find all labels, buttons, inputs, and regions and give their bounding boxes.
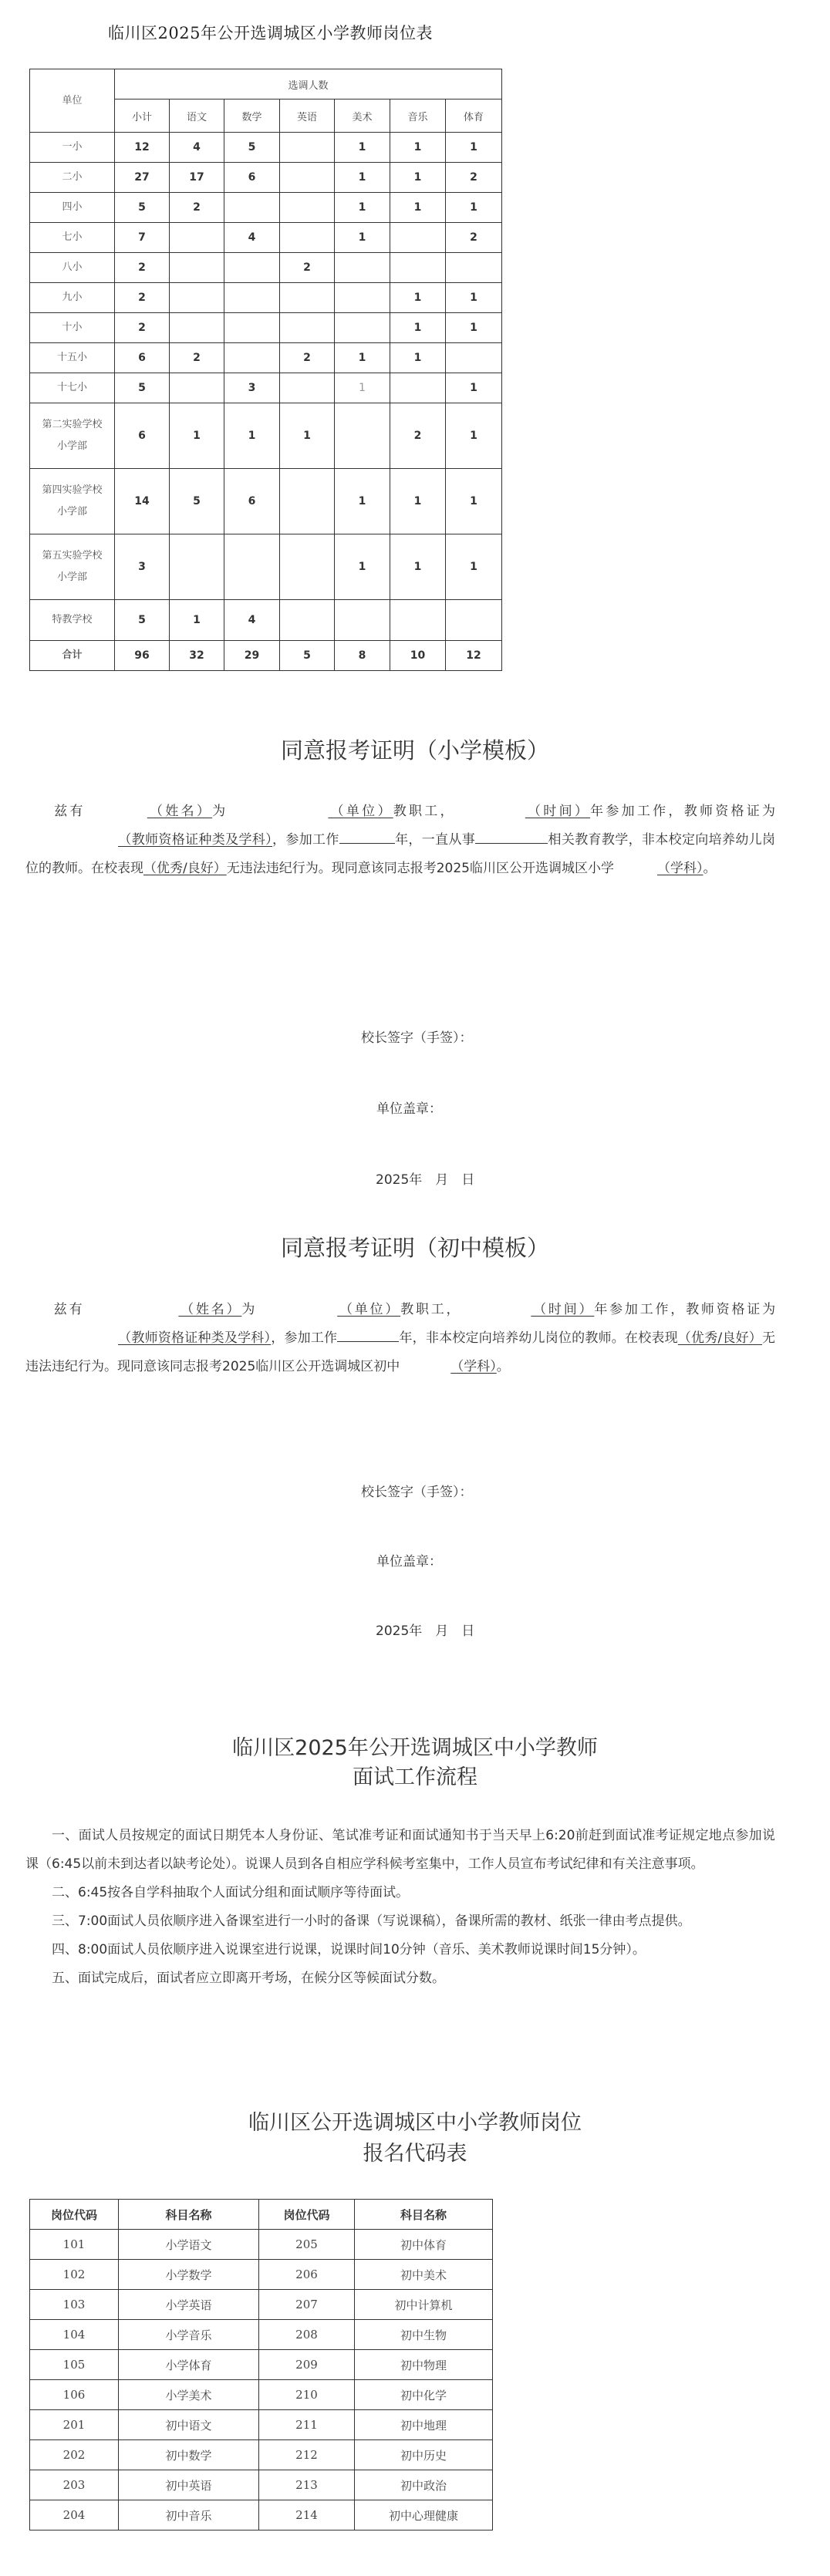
count-cell: 2 [115, 313, 170, 343]
count-cell: 2 [280, 343, 335, 373]
text: 年参加工作，教师资格证为 [590, 804, 775, 819]
count-cell [224, 253, 280, 283]
text: 。 [497, 1359, 510, 1374]
count-cell [280, 163, 335, 193]
table-row: 102小学数学206初中美术 [30, 2260, 493, 2290]
principal-signature-label: 校长签字（手签）： [361, 1481, 473, 1500]
unit-name-line: 小学部 [30, 501, 114, 523]
unit-cell: 二小 [30, 163, 115, 193]
time-field[interactable]: （时间） [461, 1302, 594, 1317]
unit-cell: 八小 [30, 253, 115, 283]
count-cell: 1 [446, 403, 502, 469]
table-row: 106小学美术210初中化学 [30, 2380, 493, 2410]
count-cell [390, 600, 446, 641]
count-cell: 1 [446, 373, 502, 403]
total-cell: 5 [280, 641, 335, 671]
table-row: 204初中音乐214初中心理健康 [30, 2500, 493, 2530]
subject-field[interactable]: （学科） [400, 1359, 497, 1374]
count-cell: 1 [280, 403, 335, 469]
total-cell: 10 [390, 641, 446, 671]
position-code-cell: 206 [259, 2260, 355, 2290]
unit-cell: 七小 [30, 223, 115, 253]
column-header: 英语 [280, 99, 335, 133]
principal-signature-label: 校长签字（手签）： [361, 1027, 473, 1046]
consent-middle-heading: 同意报考证明（初中模板） [0, 1231, 830, 1263]
count-cell: 5 [115, 193, 170, 223]
position-code-cell: 105 [30, 2350, 119, 2380]
text: 无违法违纪行为。现同意该同志报考2025临川区公开选调城区小学 [227, 861, 614, 876]
table-row: 十五小62211 [30, 343, 502, 373]
text: 年，非本校定向培养幼儿岗位的教师。在校表现 [399, 1330, 678, 1346]
table-row: 四小52111 [30, 193, 502, 223]
flow-step: 五、面试完成后，面试者应立即离开考场，在候分区等候面试分数。 [25, 1964, 775, 1993]
column-header: 语文 [170, 99, 224, 133]
total-cell: 32 [170, 641, 224, 671]
cert-field[interactable]: （教师资格证种类及学科） [25, 832, 272, 848]
unit-cell: 四小 [30, 193, 115, 223]
performance-field[interactable]: （优秀/良好） [143, 861, 227, 876]
unit-name-line: 小学部 [30, 436, 114, 457]
count-cell: 6 [115, 403, 170, 469]
count-cell [335, 253, 390, 283]
subject-name-cell: 初中历史 [355, 2440, 493, 2470]
position-code-cell: 203 [30, 2470, 119, 2500]
count-cell: 1 [446, 313, 502, 343]
total-cell: 29 [224, 641, 280, 671]
position-code-cell: 103 [30, 2290, 119, 2320]
count-cell [280, 373, 335, 403]
table-row: 202初中数学212初中历史 [30, 2440, 493, 2470]
count-cell: 2 [446, 163, 502, 193]
heading-line: 临川区公开选调城区中小学教师岗位 [0, 2108, 830, 2139]
position-code-cell: 102 [30, 2260, 119, 2290]
count-cell: 6 [224, 163, 280, 193]
table-row: 七小7412 [30, 223, 502, 253]
count-cell: 5 [115, 373, 170, 403]
text: ，参加工作 [272, 832, 339, 848]
position-code-cell: 101 [30, 2230, 119, 2260]
table-row: 九小211 [30, 283, 502, 313]
text: 年，一直从事 [395, 832, 475, 848]
count-cell [224, 193, 280, 223]
count-cell: 1 [335, 223, 390, 253]
unit-name-line: 第二实验学校 [30, 414, 114, 436]
count-cell: 2 [115, 253, 170, 283]
total-cell: 8 [335, 641, 390, 671]
column-header: 美术 [335, 99, 390, 133]
position-code-cell: 207 [259, 2290, 355, 2320]
count-cell [224, 283, 280, 313]
table-row: 103小学英语207初中计算机 [30, 2290, 493, 2320]
subject-name-cell: 初中英语 [119, 2470, 259, 2500]
code-table-heading: 临川区公开选调城区中小学教师岗位 报名代码表 [0, 2108, 830, 2170]
count-cell: 2 [280, 253, 335, 283]
count-cell: 2 [115, 283, 170, 313]
table-row: 十小211 [30, 313, 502, 343]
count-cell: 5 [224, 133, 280, 163]
text: 兹有 [52, 1302, 84, 1317]
column-header: 音乐 [390, 99, 446, 133]
unit-cell: 特教学校 [30, 600, 115, 641]
column-header: 岗位代码 [30, 2200, 119, 2230]
column-header: 体育 [446, 99, 502, 133]
count-cell [280, 283, 335, 313]
count-cell: 3 [115, 534, 170, 600]
table-row: 203初中英语213初中政治 [30, 2470, 493, 2500]
count-cell [170, 534, 224, 600]
count-cell: 1 [224, 403, 280, 469]
column-header: 数学 [224, 99, 280, 133]
count-cell: 2 [390, 403, 446, 469]
date-label: 2025年 月 日 [376, 1620, 474, 1639]
count-cell: 1 [390, 313, 446, 343]
count-cell: 27 [115, 163, 170, 193]
position-code-cell: 210 [259, 2380, 355, 2410]
unit-cell: 九小 [30, 283, 115, 313]
count-cell [280, 193, 335, 223]
flow-step: 二、6:45按各自学科抽取个人面试分组和面试顺序等待面试。 [25, 1879, 775, 1907]
count-cell [170, 313, 224, 343]
heading-line: 临川区2025年公开选调城区中小学教师 [0, 1734, 830, 1763]
text: 为 [241, 1302, 257, 1317]
count-cell [390, 373, 446, 403]
years-field[interactable] [339, 829, 395, 844]
subject-name-cell: 小学音乐 [119, 2320, 259, 2350]
unit-seal-label: 单位盖章： [376, 1550, 442, 1570]
unit-cell: 十小 [30, 313, 115, 343]
time-field[interactable]: （时间） [456, 804, 590, 819]
flow-step: 一、面试人员按规定的面试日期凭本人身份证、笔试准考证和面试通知书于当天早上6:2… [25, 1822, 775, 1879]
count-cell [170, 223, 224, 253]
count-cell: 6 [224, 469, 280, 534]
count-cell: 3 [224, 373, 280, 403]
position-code-cell: 106 [30, 2380, 119, 2410]
count-cell: 12 [115, 133, 170, 163]
count-cell: 1 [335, 163, 390, 193]
count-cell [170, 373, 224, 403]
count-cell: 17 [170, 163, 224, 193]
subject-name-cell: 初中体育 [355, 2230, 493, 2260]
unit-name-line: 第五实验学校 [30, 545, 114, 567]
count-cell: 1 [170, 600, 224, 641]
years-field[interactable] [337, 1327, 399, 1342]
text: 教职工， [393, 804, 456, 819]
count-cell [335, 403, 390, 469]
table-row: 二小27176112 [30, 163, 502, 193]
subject-name-cell: 初中美术 [355, 2260, 493, 2290]
count-cell: 4 [224, 600, 280, 641]
count-cell [446, 253, 502, 283]
consent-primary-paragraph: 兹有（姓名）为（单位）教职工，（时间）年参加工作，教师资格证为（教师资格证种类及… [25, 797, 775, 883]
subject-name-cell: 小学语文 [119, 2230, 259, 2260]
position-code-cell: 209 [259, 2350, 355, 2380]
total-cell: 12 [446, 641, 502, 671]
count-cell: 1 [390, 133, 446, 163]
column-header: 科目名称 [355, 2200, 493, 2230]
position-code-cell: 104 [30, 2320, 119, 2350]
count-cell [335, 313, 390, 343]
count-cell: 2 [170, 343, 224, 373]
text: 为 [212, 804, 228, 819]
count-cell [390, 253, 446, 283]
table-row: 105小学体育209初中物理 [30, 2350, 493, 2380]
count-cell: 1 [170, 403, 224, 469]
count-cell [280, 534, 335, 600]
total-row: 合计963229581012 [30, 641, 502, 671]
table-row: 第五实验学校小学部3111 [30, 534, 502, 600]
count-cell: 1 [335, 534, 390, 600]
count-cell: 6 [115, 343, 170, 373]
count-cell: 1 [390, 283, 446, 313]
unit-seal-label: 单位盖章： [376, 1097, 442, 1117]
text: 。 [703, 861, 717, 876]
unit-field[interactable]: （单位） [228, 804, 393, 819]
performance-field[interactable]: （优秀/良好） [678, 1330, 762, 1346]
count-cell [446, 343, 502, 373]
position-code-cell: 214 [259, 2500, 355, 2530]
count-cell: 2 [170, 193, 224, 223]
subject-name-cell: 小学英语 [119, 2290, 259, 2320]
position-code-cell: 213 [259, 2470, 355, 2500]
position-code-cell: 208 [259, 2320, 355, 2350]
group-header: 选调人数 [115, 69, 502, 99]
position-code-cell: 211 [259, 2410, 355, 2440]
count-cell: 4 [170, 133, 224, 163]
count-cell: 1 [390, 469, 446, 534]
count-cell: 4 [224, 223, 280, 253]
total-label: 合计 [30, 641, 115, 671]
count-cell [224, 534, 280, 600]
count-cell: 1 [390, 534, 446, 600]
count-cell: 1 [390, 193, 446, 223]
unit-cell: 第四实验学校小学部 [30, 469, 115, 534]
table-row: 特教学校514 [30, 600, 502, 641]
consent-primary-heading: 同意报考证明（小学模板） [0, 733, 830, 765]
count-cell: 1 [446, 193, 502, 223]
consent-middle-paragraph: 兹有（姓名）为（单位）教职工，（时间）年参加工作，教师资格证为（教师资格证种类及… [25, 1296, 775, 1381]
subject-name-cell: 初中物理 [355, 2350, 493, 2380]
unit-cell: 第五实验学校小学部 [30, 534, 115, 600]
count-cell: 5 [170, 469, 224, 534]
subject-name-cell: 初中数学 [119, 2440, 259, 2470]
subject-name-cell: 初中生物 [355, 2320, 493, 2350]
flow-step: 四、8:00面试人员依顺序进入说课室进行说课，说课时间10分钟（音乐、美术教师说… [25, 1936, 775, 1964]
position-code-cell: 204 [30, 2500, 119, 2530]
count-cell [224, 343, 280, 373]
unit-cell: 十七小 [30, 373, 115, 403]
subject-name-cell: 小学美术 [119, 2380, 259, 2410]
count-cell [170, 283, 224, 313]
subject-name-cell: 初中语文 [119, 2410, 259, 2440]
unit-cell: 十五小 [30, 343, 115, 373]
name-field[interactable]: （姓名） [86, 804, 212, 819]
staff-table: 单位 选调人数 小计 语文 数学 英语 美术 音乐 体育 一小1245111二小… [29, 69, 502, 671]
code-table: 岗位代码 科目名称 岗位代码 科目名称 101小学语文205初中体育102小学数… [29, 2199, 493, 2530]
count-cell: 1 [446, 283, 502, 313]
code-table-header-row: 岗位代码 科目名称 岗位代码 科目名称 [30, 2200, 493, 2230]
table-row: 十七小5311 [30, 373, 502, 403]
date-label: 2025年 月 日 [376, 1168, 474, 1188]
position-code-cell: 205 [259, 2230, 355, 2260]
table-row: 201初中语文211初中地理 [30, 2410, 493, 2440]
count-cell [335, 600, 390, 641]
subject-name-cell: 初中地理 [355, 2410, 493, 2440]
total-cell: 96 [115, 641, 170, 671]
table-row: 101小学语文205初中体育 [30, 2230, 493, 2260]
heading-line: 面试工作流程 [0, 1763, 830, 1792]
table-row: 第二实验学校小学部611121 [30, 403, 502, 469]
unit-header: 单位 [30, 69, 115, 133]
field-field[interactable] [475, 829, 548, 844]
unit-cell: 一小 [30, 133, 115, 163]
count-cell: 1 [335, 343, 390, 373]
table-row: 八小22 [30, 253, 502, 283]
count-cell [280, 223, 335, 253]
text: 年参加工作，教师资格证为 [594, 1302, 775, 1317]
table-row: 104小学音乐208初中生物 [30, 2320, 493, 2350]
position-code-cell: 201 [30, 2410, 119, 2440]
count-cell [335, 283, 390, 313]
count-cell: 1 [335, 373, 390, 403]
subject-name-cell: 初中化学 [355, 2380, 493, 2410]
count-cell: 1 [446, 133, 502, 163]
position-code-cell: 212 [259, 2440, 355, 2470]
unit-field[interactable]: （单位） [257, 1302, 400, 1317]
position-code-cell: 202 [30, 2440, 119, 2470]
count-cell [280, 469, 335, 534]
count-cell: 1 [446, 534, 502, 600]
count-cell: 1 [335, 469, 390, 534]
subject-name-cell: 初中计算机 [355, 2290, 493, 2320]
count-cell [390, 223, 446, 253]
table-row: 一小1245111 [30, 133, 502, 163]
staff-table-title: 临川区2025年公开选调城区小学教师岗位表 [108, 21, 433, 44]
unit-cell: 第二实验学校小学部 [30, 403, 115, 469]
count-cell: 2 [446, 223, 502, 253]
count-cell [170, 253, 224, 283]
text: ，参加工作 [271, 1330, 337, 1346]
text: 教职工， [400, 1302, 461, 1317]
unit-name-line: 第四实验学校 [30, 480, 114, 501]
count-cell: 14 [115, 469, 170, 534]
column-header: 岗位代码 [259, 2200, 355, 2230]
table-row: 第四实验学校小学部1456111 [30, 469, 502, 534]
count-cell [224, 313, 280, 343]
count-cell [280, 313, 335, 343]
count-cell: 1 [335, 133, 390, 163]
flow-step: 三、7:00面试人员依顺序进入备课室进行一小时的备课（写说课稿），备课所需的教材… [25, 1907, 775, 1936]
column-header: 科目名称 [119, 2200, 259, 2230]
unit-name-line: 小学部 [30, 567, 114, 588]
interview-flow-steps: 一、面试人员按规定的面试日期凭本人身份证、笔试准考证和面试通知书于当天早上6:2… [25, 1822, 775, 1993]
count-cell [280, 133, 335, 163]
table-header-row: 单位 选调人数 [30, 69, 502, 99]
cert-field[interactable]: （教师资格证种类及学科） [25, 1330, 271, 1346]
subject-name-cell: 初中心理健康 [355, 2500, 493, 2530]
column-header: 小计 [115, 99, 170, 133]
count-cell [280, 600, 335, 641]
count-cell: 1 [390, 163, 446, 193]
count-cell: 1 [390, 343, 446, 373]
count-cell [446, 600, 502, 641]
text: 兹有 [52, 804, 86, 819]
name-field[interactable]: （姓名） [84, 1302, 241, 1317]
count-cell: 1 [446, 469, 502, 534]
count-cell: 5 [115, 600, 170, 641]
count-cell: 1 [335, 193, 390, 223]
subject-name-cell: 初中音乐 [119, 2500, 259, 2530]
heading-line: 报名代码表 [0, 2139, 830, 2170]
subject-name-cell: 小学体育 [119, 2350, 259, 2380]
interview-flow-heading: 临川区2025年公开选调城区中小学教师 面试工作流程 [0, 1734, 830, 1792]
subject-name-cell: 小学数学 [119, 2260, 259, 2290]
subject-name-cell: 初中政治 [355, 2470, 493, 2500]
subject-field[interactable]: （学科） [614, 861, 703, 876]
count-cell: 7 [115, 223, 170, 253]
